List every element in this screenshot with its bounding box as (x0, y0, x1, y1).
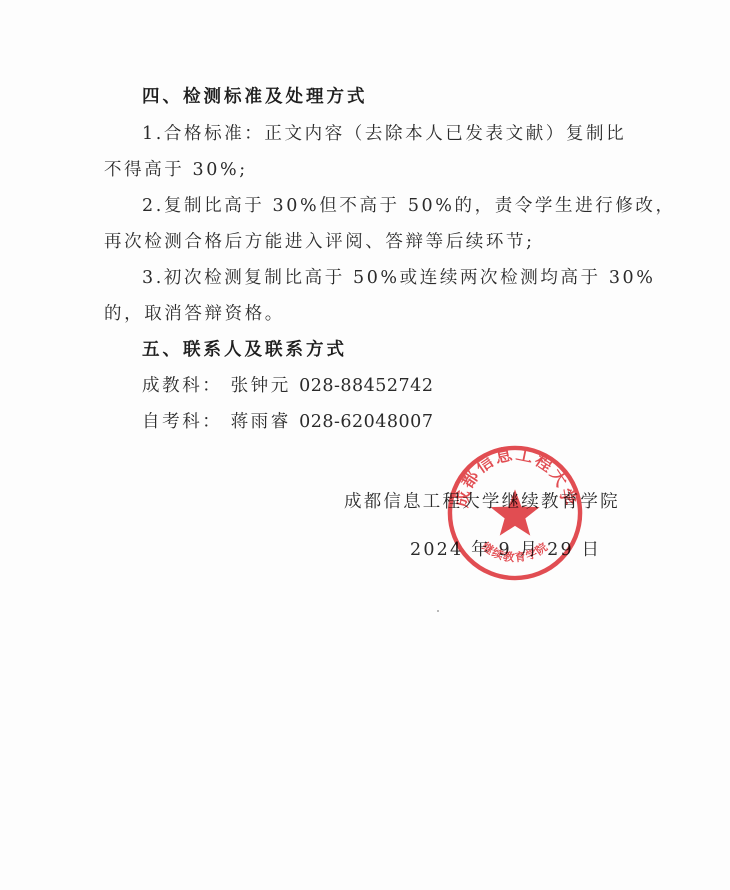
contact-name: 张钟元 (231, 376, 291, 396)
document-page: 四、检测标准及处理方式 1.合格标准：正文内容（去除本人已发表文献）复制比 不得… (0, 0, 730, 890)
section-4-item-1-line-2: 不得高于 30%; (104, 158, 248, 182)
seal-bottom-text: 继续教育学院 (479, 539, 551, 564)
official-seal: 成都信息工程大学 继续教育学院 (446, 444, 584, 582)
section-4-item-2-line-1: 2.复制比高于 30%但不高于 50%的，责令学生进行修改， (142, 194, 676, 218)
contact-phone: 028-88452742 (299, 376, 433, 396)
star-icon (490, 489, 539, 535)
section-4-item-3-line-1: 3.初次检测复制比高于 50%或连续两次检测均高于 30% (142, 266, 656, 290)
section-5-heading: 五、联系人及联系方式 (142, 338, 347, 362)
contact-phone: 028-62048007 (299, 412, 433, 432)
contact-name: 蒋雨睿 (231, 412, 291, 432)
section-4-item-1-line-1: 1.合格标准：正文内容（去除本人已发表文献）复制比 (142, 122, 626, 146)
contact-row: 自考科： 蒋雨睿 028-62048007 (142, 410, 433, 434)
section-4-item-2-line-2: 再次检测合格后方能进入评阅、答辩等后续环节; (104, 230, 535, 254)
contact-row: 成教科： 张钟元 028-88452742 (142, 374, 433, 398)
scan-speck (437, 610, 439, 612)
contact-department: 自考科： (142, 412, 222, 432)
section-4-item-3-line-2: 的，取消答辩资格。 (104, 302, 285, 326)
contact-department: 成教科： (142, 376, 222, 396)
section-4-heading: 四、检测标准及处理方式 (142, 85, 368, 109)
